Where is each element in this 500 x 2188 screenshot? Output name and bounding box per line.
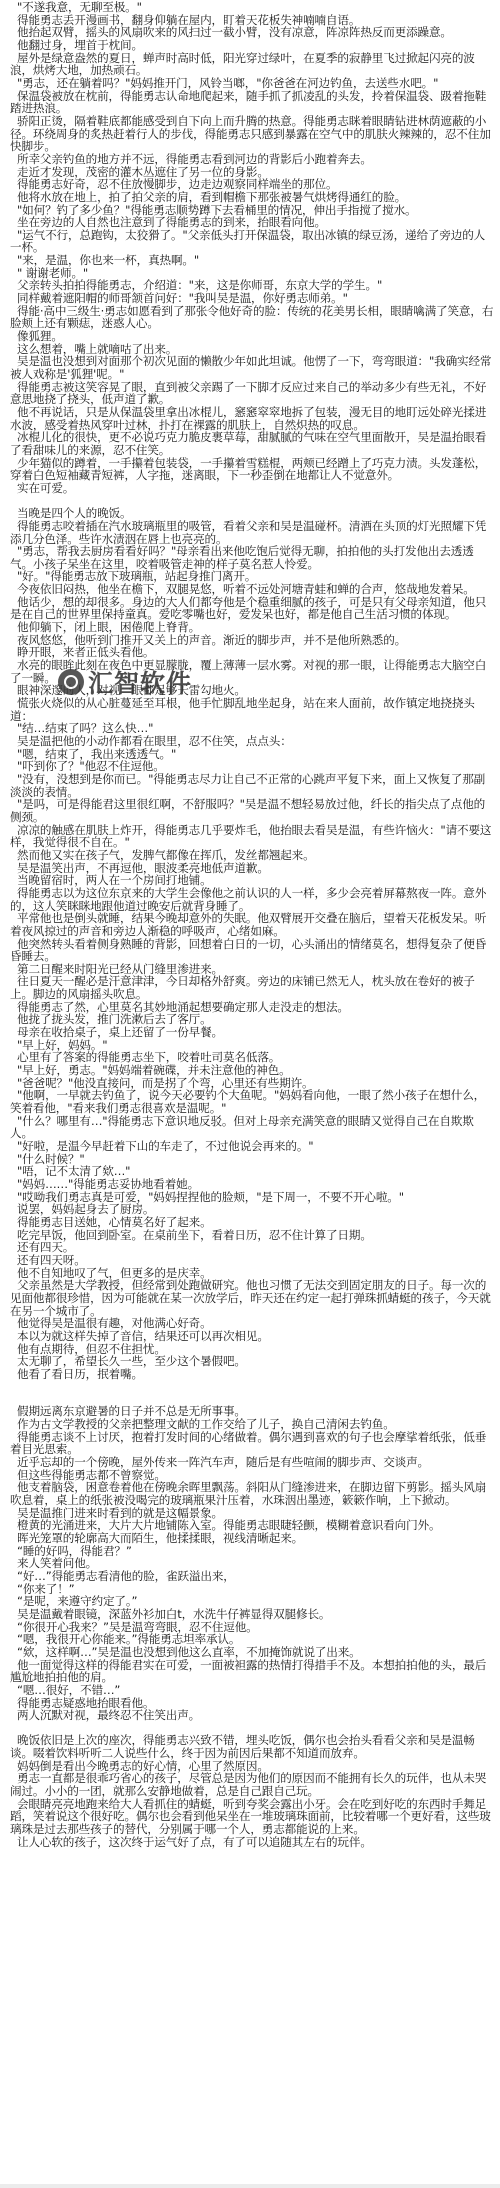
paragraph: 往日夏天一醒必是汗意津津，今日却格外舒爽。旁边的床铺已然无人，枕头放在卷好的被子… [10, 975, 494, 1000]
paragraph: 得能勇志谈不上讨厌，抱着打发时间的心绪做着。偶尔遇到喜欢的句子也会摩挲着纸张，低… [10, 1431, 494, 1456]
paragraph: 他支着脑袋，困意卷着他在傍晚余晖里飘荡。斜阳从门缝渗进来，在脚边留下剪影。摇头风… [10, 1481, 494, 1506]
paragraph: “好…”得能勇志看清他的脸，雀跃溢出来， [10, 1570, 494, 1583]
paragraph: 他话少，想的却很多。身边的大人们都夸他是个稳重细腻的孩子，可是只有父母亲知道，他… [10, 596, 494, 621]
paragraph: 晖光笼罩的轮廓高大而陌生，他揉揉眼，视线清晰起来。 [10, 1532, 494, 1545]
paragraph: 还有四天呀。 [10, 1254, 494, 1267]
paragraph: 两人沉默对视，最终忍不住笑出声。 [10, 1709, 494, 1722]
paragraph: 还有四天。 [10, 1241, 494, 1254]
paragraph: 他突然转头看着侧身熟睡的背影，回想着白日的一切，心头涌出的情绪莫名，想得复杂了便… [10, 938, 494, 963]
paragraph: 得能·高中三级生·勇志如愿看到了那张令他好奇的脸：传统的花美男长相，眼睛噙满了笑… [10, 305, 494, 330]
document-body: "不遂我意，无聊至极。" 得能勇志丢开漫画书，翻身仰躺在屋内，盯着天花板失神喃喃… [10, 1, 494, 1848]
paragraph: 得能勇志目送她，心情莫名好了起来。 [10, 1216, 494, 1229]
paragraph: 吃完早饭，他回到卧室。在桌前坐下，看着日历，忍不住计算了日期。 [10, 1229, 494, 1242]
paragraph: 然而他又实在孩子气，发脾气都像在挥爪，发丝都翘起来。 [10, 849, 494, 862]
paragraph: 作为古文学教授的父亲把整理文献的工作交给了儿子，换自己清闲去钓鱼。 [10, 1418, 494, 1431]
paragraph: "早上好，勇志。"妈妈端着碗碟，并未注意他的神色。 [10, 1064, 494, 1077]
paragraph: 得能勇志以为这位东京来的大学生会像他之前认识的人一样，多少会亮着屏幕熬夜一阵。意… [10, 887, 494, 912]
paragraph: 实在可爱。 [10, 482, 494, 495]
paragraph: 得能勇志被这笑容晃了眼，直到被父亲踢了一下脚才反应过来自己的举动多少有些无礼，不… [10, 381, 494, 406]
section-2: 当晚是四个人的晚饭。 得能勇志咬着插在汽水玻璃瓶里的吸管，看着父亲和吴是温碰杯。… [10, 507, 494, 1380]
paragraph: "妈妈……"得能勇志妥协地看着她。 [10, 1178, 494, 1191]
paragraph: 平常他也是倒头就睡，结果今晚却意外的失眠。他双臂展开交叠在脑后，望着天花板发呆。… [10, 912, 494, 937]
paragraph: 会眼睛亮亮地跑来给大人看抓住的蜻蜓，听到夸奖会露出小牙。会在吃到好吃的东西时手舞… [10, 1798, 494, 1836]
section-3: 假期远离东京避暑的日子并不总是无所事事。 作为古文学教授的父亲把整理文献的工作交… [10, 1405, 494, 1721]
paragraph: "他啊，一早就去钓鱼了，说今天必要钓个大鱼呢。"妈妈看向他，一眼了然小孩子在想什… [10, 1089, 494, 1114]
section-1: "不遂我意，无聊至极。" 得能勇志丢开漫画书，翻身仰躺在屋内，盯着天花板失神喃喃… [10, 1, 494, 495]
paragraph: 得能勇志咬着插在汽水玻璃瓶里的吸管，看着父亲和吴是温碰杯。清酒在头顶的灯光照耀下… [10, 520, 494, 545]
paragraph: 他一面觉得这样的得能君实在可爱，一面被袒露的热情打得措手不及。本想拍拍他的头，最… [10, 1659, 494, 1684]
paragraph: 吴是温把他的小动作都看在眼里，忍不住笑，点点头： [10, 735, 494, 748]
paragraph: 晚饭依旧是上次的座次，得能勇志兴致不错，埋头吃饭，偶尔也会抬头看看父亲和吴是温畅… [10, 1734, 494, 1759]
paragraph: 当晚是四个人的晚饭。 [10, 507, 494, 520]
paragraph: 他翻过身，埋首于枕间。 [10, 39, 494, 52]
paragraph: 太无聊了，希望长久一些，至少这个暑假吧。 [10, 1355, 494, 1368]
paragraph: 屋外是绿意盎然的夏日，蝉声时高时低，阳光穿过绿叶，在夏季的寂静里飞过掀起闪亮的波… [10, 52, 494, 77]
paragraph: 吴是温戴着眼镜，深蓝外衫加白t，水洗牛仔裤显得双腿修长。 [10, 1608, 494, 1621]
paragraph: 他不再说话，只是从保温袋里拿出冰棍儿，窸窸窣窣地拆了包装，漫无目的地盯远处碎光揉… [10, 406, 494, 431]
paragraph: 冰棍儿化的很快，更不必说巧克力脆皮裹草莓，甜腻腻的气味在空气里面散开，吴是温抬眼… [10, 431, 494, 456]
paragraph: 凉凉的触感在肌肤上炸开，得能勇志几乎要炸毛，他抬眼去看吴是温，有些许恼火："请不… [10, 824, 494, 849]
paragraph: 母亲在收拾桌子，桌上还留了一份早餐。 [10, 1026, 494, 1039]
paragraph: "来，是温，你也来一杯，真热啊。" [10, 254, 494, 267]
paragraph: “欸，这样啊…”吴是温也没想到他这么直率，不加掩饰就说了出来。 [10, 1646, 494, 1659]
paragraph: 慌张火烧似的从心脏蔓延至耳根，他手忙脚乱地坐起身，站在来人面前，故作镇定地挠挠头… [10, 697, 494, 722]
paragraph: "不遂我意，无聊至极。" [10, 1, 494, 14]
paragraph: "勇志，还在躺着吗？"妈妈推开门，风铃当啷，"你爸爸在河边钓鱼，去送些水吧。" [10, 77, 494, 90]
page-bottom-edge [0, 2184, 500, 2188]
paragraph: 所幸父亲钓鱼的地方并不远，得能勇志看到河边的背影后小跑着奔去。 [10, 153, 494, 166]
paragraph: 近乎忘却的一个傍晚，屋外传来一阵汽车声，随后是有些喧闹的脚步声、交谈声。 [10, 1456, 494, 1469]
paragraph: 吴是温也没想到对面那个初次见面的懒散少年如此坦诚。他愣了一下，弯弯眼道："我确实… [10, 355, 494, 380]
paragraph: 少年猫似的蹲着，一手攥着包装袋，一手攥着雪糕棍，两颊已经蹭上了巧克力渍。头发蓬松… [10, 457, 494, 482]
paragraph: 当晚留宿时，两人在一个房间打地铺。 [10, 874, 494, 887]
paragraph: 坐在旁边的人自然也注意到了得能勇志的到来，抬眼看向他。 [10, 216, 494, 229]
paragraph: 得能勇志好奇，忍不住放慢脚步，边走边观察同样端坐的那位。 [10, 178, 494, 191]
paragraph: 他看了看日历，抿着嘴。 [10, 1368, 494, 1381]
paragraph: 保温袋被放在枕前，得能勇志认命地爬起来，随手抓了抓凌乱的头发，拎着保温袋、趿着拖… [10, 90, 494, 115]
paragraph: "勇志，帮我去厨房看看好吗？"母亲看出来他吃饱后觉得无聊，拍拍他的头打发他出去透… [10, 545, 494, 570]
paragraph: 他仰躺下，闭上眼，困倦爬上脊背。 [10, 621, 494, 634]
paragraph: 本以为就这样失掉了音信，结果还可以再次相见。 [10, 1330, 494, 1343]
paragraph: 水亮的眼眸此刻在夜色中更显朦胧，覆上薄薄一层水雾。对视的那一眼，让得能勇志大脑空… [10, 659, 494, 684]
paragraph: "什么？哪里有…"得能勇志下意识地反驳。但对上母亲充满笑意的眼睛又觉得自己在自欺… [10, 1115, 494, 1140]
section-spacer [10, 1380, 494, 1405]
paragraph: 今夜依旧闷热，他坐在檐下，双腿晃悠，听着不远处河塘青蛙和蝉的合声，悠哉地发着呆。 [10, 583, 494, 596]
paragraph: "没有，没想到是你而已。"得能勇志尽力让自己不正常的心跳声平复下来，面上又恢复了… [10, 773, 494, 798]
paragraph: “嗯…很好，不错…” [10, 1684, 494, 1697]
paragraph: 父亲虽然是大学教授，但经常到处跑做研究。他也习惯了无法交到固定朋友的日子。每一次… [10, 1279, 494, 1317]
paragraph: "是吗，可是得能君这里很红啊，不舒服吗？"吴是温不想轻易放过他，纤长的指尖点了点… [10, 798, 494, 823]
paragraph: "好啦，是温今早赶着下山的车走了，不过他说会再来的。" [10, 1140, 494, 1153]
paragraph: 骄阳正烫，隔着鞋底都能感受到自下向上而升腾的热意。得能勇志眯着眼睛钻进林荫遮蔽的… [10, 115, 494, 153]
paragraph: 他将水放在地上，拍了拍父亲的肩，看到帽檐下那张被暑气烘烤得通红的脸。 [10, 191, 494, 204]
section-4: 晚饭依旧是上次的座次，得能勇志兴致不错，埋头吃饭，偶尔也会抬头看看父亲和吴是温畅… [10, 1734, 494, 1848]
paragraph: 像狐狸。 [10, 330, 494, 343]
paragraph: 同样戴着遮阳帽的师哥颔首问好："我叫吴是温，你好勇志师弟。" [10, 292, 494, 305]
paragraph: "运气不行，总跑钩，太狡猾了。"父亲低头打开保温袋，取出冰镇的绿豆汤，递给了旁边… [10, 229, 494, 254]
paragraph: 让人心软的孩子，这次终于运气好了点，有了可以追随其左右的玩伴。 [10, 1836, 494, 1849]
paragraph: 勇志一直都是很乖巧省心的孩子，尽管总是因为他们的原因而不能拥有长久的玩伴，也从未… [10, 1772, 494, 1797]
paragraph: 他觉得吴是温很有趣，对他满心好奇。 [10, 1317, 494, 1330]
